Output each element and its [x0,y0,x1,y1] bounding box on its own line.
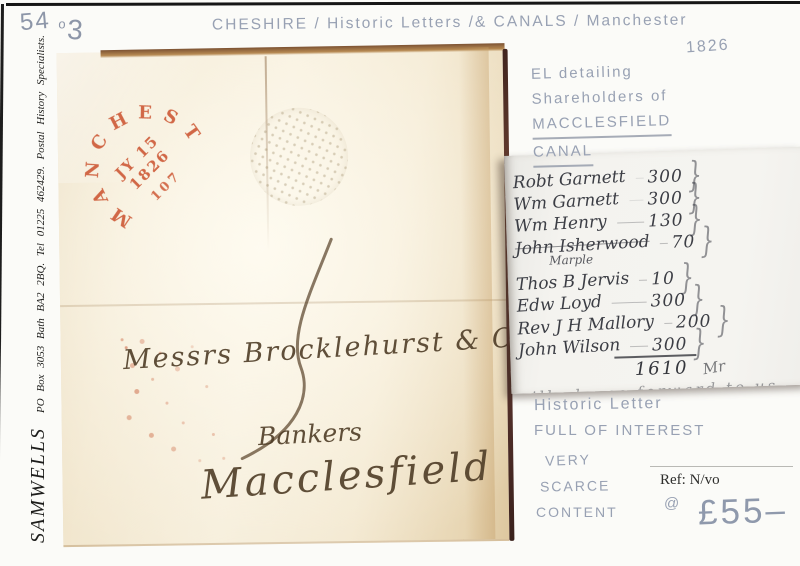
leader-line [629,186,644,201]
card-top-edge [6,1,800,6]
description-line: Shareholders of [531,83,668,112]
share-value: 70 [671,227,730,254]
seal-dot-pattern [249,107,348,206]
lot-code: o3 [57,13,86,47]
total-value: 1610 [614,354,697,381]
description-note: EL detailing Shareholders of MACCLESFIEL… [531,58,673,168]
leader-line [611,288,646,304]
ref-label: Ref: N/vo [660,472,720,489]
ref-divider [650,466,793,467]
total-suffix: Mr [701,357,726,379]
content-note: Historic Letter [534,395,663,415]
shareholder-name-group: John Isherwood Marple [515,233,651,268]
description-line-underlined: CANAL [533,138,594,168]
year-annotation: 1826 [685,37,730,58]
content-note: FULL OF INTEREST [534,422,705,439]
scarcity-note: SCARCE [540,477,611,494]
leader-line [664,309,672,324]
dealer-name: SAMWELLS [27,427,49,543]
title-annotation: CHESHIRE / Historic Letters /& CANALS / … [212,12,688,35]
lot-number: 54 [19,7,52,38]
scarcity-note: VERY [545,451,591,469]
dealer-imprint: SAMWELLSPO Box 3053 Bath BA2 2BQ. Tel 01… [27,35,50,543]
scarcity-note: CONTENT [536,504,618,520]
leader-line [630,332,648,348]
leader-line [635,164,643,179]
folded-letter-photo: MANCHESTER JY 15 1826 107 Messrs Brockle… [57,47,510,547]
description-line-underlined: MACCLESFIELD [532,108,672,140]
card-left-edge [0,4,4,484]
ink-offset-speckles [121,338,124,341]
leader-line [616,208,644,224]
share-value: 300 [652,330,711,357]
embossed-seal [249,107,348,206]
leader-line [659,229,667,244]
toned-top-fold [101,43,505,58]
address-line-occupation: Bankers [257,417,362,451]
price: £55– [697,490,788,533]
dealer-approval-card: 54 o3 CHESHIRE / Historic Letters /& CAN… [0,0,800,566]
dealer-address: PO Box 3053 Bath BA2 2BQ. Tel 01225 4624… [35,35,47,413]
shareholder-list-photo: Robt Garnett 300 Wm Garnett 300 Wm Henry… [504,147,800,394]
lot-code-digit: 3 [66,14,86,46]
description-line: EL detailing [531,59,633,87]
leader-line [639,266,647,281]
at-symbol: @ [664,495,681,512]
